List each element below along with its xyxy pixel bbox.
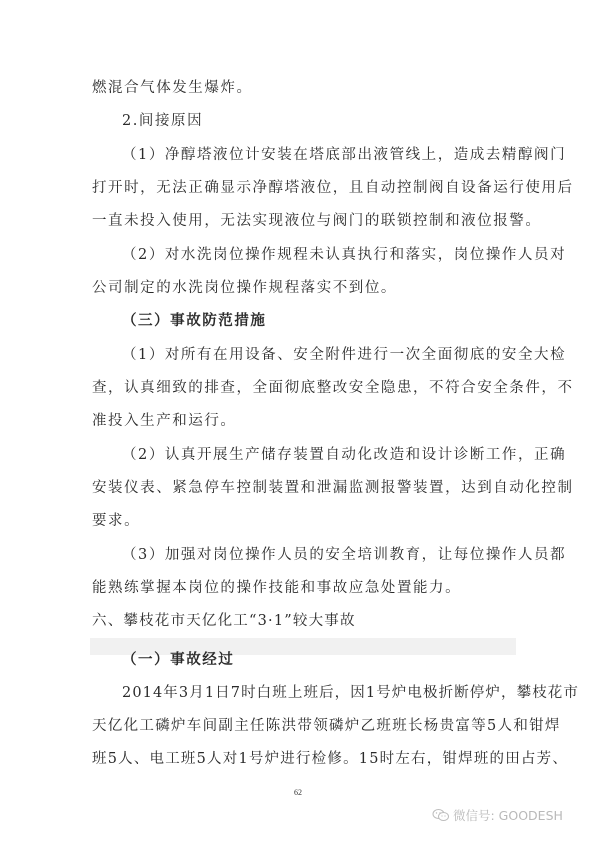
page-number: 62 [294, 788, 302, 797]
paragraph-line: 查，认真细致的排查，全面彻底整改安全隐患，不符合安全条件，不 [92, 379, 512, 397]
paragraph-line: 安装仪表、紧急停车控制装置和泄漏监测报警装置，达到自动化控制 [92, 479, 512, 497]
paragraph-line: （1）对所有在用设备、安全附件进行一次全面彻底的安全大检 [122, 346, 512, 364]
paragraph-line: 一直未投入使用，无法实现液位与阀门的联锁控制和液位报警。 [92, 212, 512, 230]
paragraph-line: 天亿化工磷炉车间副主任陈洪带领磷炉乙班班长杨贵富等5人和钳焊 [92, 717, 512, 735]
paragraph-line: 班5人、电工班5人对1号炉进行检修。15时左右，钳焊班的田占芳、 [92, 750, 512, 768]
paragraph-line: （2）认真开展生产储存装置自动化改造和设计诊断工作，正确 [122, 446, 512, 464]
wechat-icon [432, 808, 450, 822]
paragraph-line: 要求。 [92, 512, 512, 530]
section-heading: 六、攀枝花市天亿化工“3·1”较大事故 [92, 612, 512, 630]
watermark: 微信号: GOODESH [432, 806, 563, 824]
paragraph-line: 打开时，无法正确显示净醇塔液位，且自动控制阀自设备运行使用后 [92, 179, 512, 197]
paragraph-line: （2）对水洗岗位操作规程未认真执行和落实，岗位操作人员对 [122, 246, 512, 264]
paragraph-line: （3）加强对岗位操作人员的安全培训教育，让每位操作人员都 [122, 546, 512, 564]
paragraph-line: 2014年3月1日7时白班上班后，因1号炉电极折断停炉，攀枝花市 [122, 684, 512, 702]
subsection-heading: （三）事故防范措施 [122, 312, 512, 330]
document-page: 燃混合气体发生爆炸。2.间接原因（1）净醇塔液位计安装在塔底部出液管线上，造成去… [0, 0, 600, 848]
paragraph-line: 燃混合气体发生爆炸。 [92, 79, 512, 97]
paragraph-line: 能熟练掌握本岗位的操作技能和事故应急处置能力。 [92, 579, 512, 597]
paragraph-line: 准投入生产和运行。 [92, 412, 512, 430]
watermark-text: 微信号: GOODESH [453, 806, 563, 824]
paragraph-line: 公司制定的水洗岗位操作规程落实不到位。 [92, 279, 512, 297]
subsection-heading: （一）事故经过 [122, 651, 512, 669]
paragraph-line: 2.间接原因 [122, 112, 512, 130]
paragraph-line: （1）净醇塔液位计安装在塔底部出液管线上，造成去精醇阀门 [122, 146, 512, 164]
